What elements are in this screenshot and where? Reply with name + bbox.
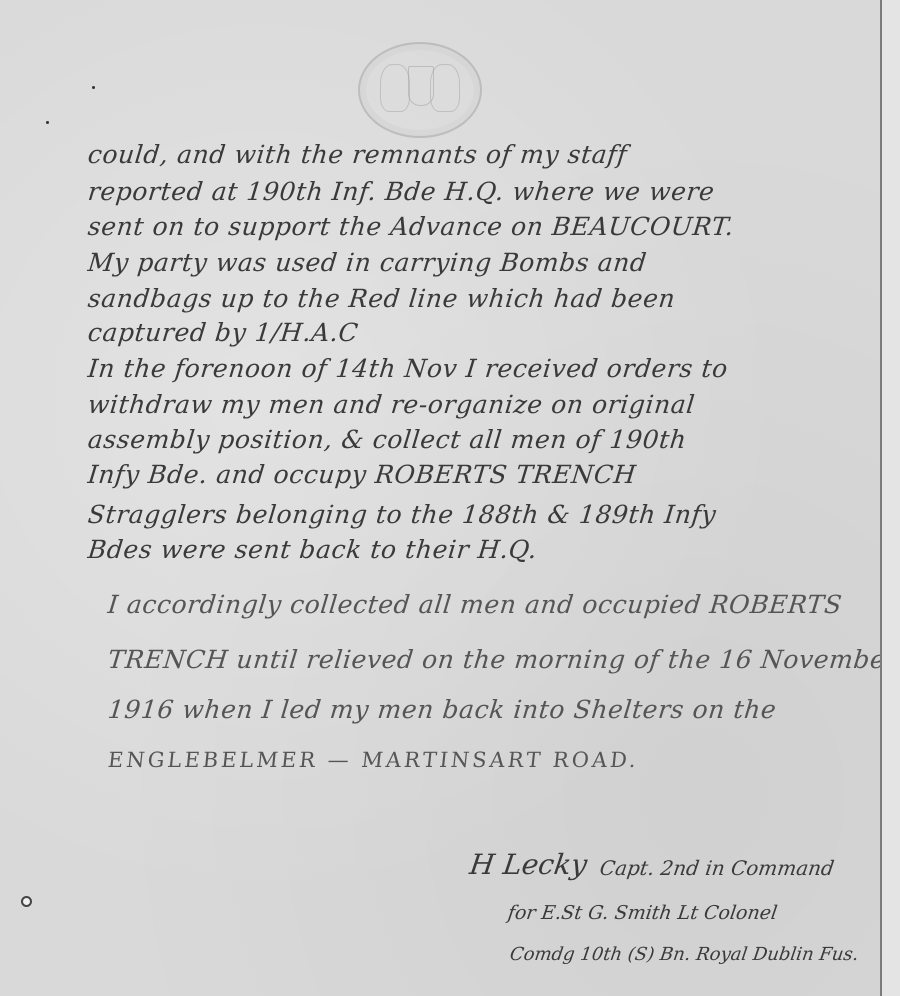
signature-name: H Lecky [468, 848, 590, 881]
embossed-crest-icon [358, 42, 482, 138]
text-line: ENGLEBELMER — MARTINSART ROAD. [107, 748, 640, 772]
text-line: Infy Bde. and occupy ROBERTS TRENCH [86, 460, 637, 489]
paper-speck [92, 86, 95, 89]
text-line: withdraw my men and re-organize on origi… [86, 390, 696, 419]
text-line: In the forenoon of 14th Nov I received o… [86, 354, 729, 383]
text-line: I accordingly collected all men and occu… [106, 590, 843, 619]
text-line: sent on to support the Advance on BEAUCO… [86, 212, 735, 241]
text-line: Stragglers belonging to the 188th & 189t… [86, 500, 717, 529]
text-line: sandbags up to the Red line which had be… [86, 284, 676, 313]
text-line: reported at 190th Inf. Bde H.Q. where we… [86, 177, 716, 206]
signature-unit-line: Comdg 10th (S) Bn. Royal Dublin Fus. [509, 944, 860, 965]
text-line: could, and with the remnants of my staff [86, 140, 628, 169]
punch-hole-icon [21, 896, 32, 907]
text-line: 1916 when I led my men back into Shelter… [106, 695, 777, 724]
text-line: My party was used in carrying Bombs and [86, 248, 648, 277]
signature-for-line: for E.St G. Smith Lt Colonel [506, 902, 778, 924]
page-edge [880, 0, 900, 996]
paper-speck [46, 121, 49, 124]
signature-title: Capt. 2nd in Command [598, 856, 835, 880]
text-line: assembly position, & collect all men of … [86, 425, 688, 454]
text-line: captured by 1/H.A.C [86, 318, 359, 347]
text-line: TRENCH until relieved on the morning of … [106, 645, 899, 674]
text-line: Bdes were sent back to their H.Q. [86, 535, 538, 564]
document-page: could, and with the remnants of my staff… [0, 0, 880, 996]
